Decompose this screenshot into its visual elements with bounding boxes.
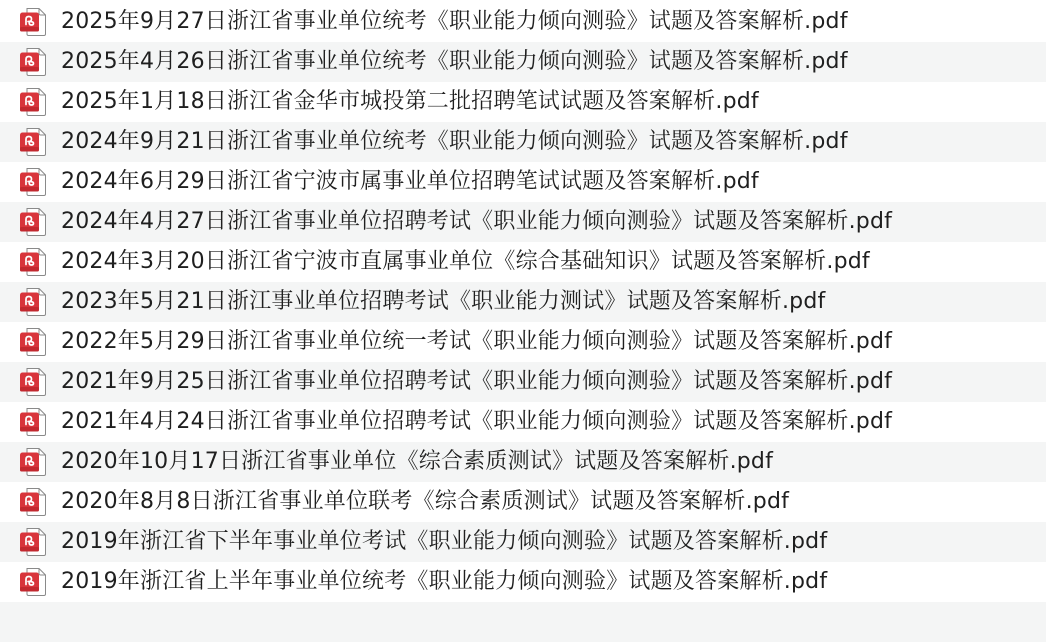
pdf-file-icon — [19, 127, 47, 157]
file-name: 2023年5月21日浙江事业单位招聘考试《职业能力测试》试题及答案解析.pdf — [61, 282, 825, 322]
file-name: 2024年4月27日浙江省事业单位招聘考试《职业能力倾向测验》试题及答案解析.p… — [61, 202, 892, 242]
pdf-file-icon — [19, 527, 47, 557]
file-name: 2021年9月25日浙江省事业单位招聘考试《职业能力倾向测验》试题及答案解析.p… — [61, 362, 892, 402]
file-row[interactable]: 2024年3月20日浙江省宁波市直属事业单位《综合基础知识》试题及答案解析.pd… — [0, 242, 1046, 282]
file-name: 2024年9月21日浙江省事业单位统考《职业能力倾向测验》试题及答案解析.pdf — [61, 122, 848, 162]
file-row[interactable]: 2025年1月18日浙江省金华市城投第二批招聘笔试试题及答案解析.pdf — [0, 82, 1046, 122]
pdf-file-icon — [19, 567, 47, 597]
pdf-file-icon — [19, 247, 47, 277]
pdf-file-icon — [19, 487, 47, 517]
pdf-file-icon — [19, 207, 47, 237]
file-name: 2021年4月24日浙江省事业单位招聘考试《职业能力倾向测验》试题及答案解析.p… — [61, 402, 892, 442]
list-trailing-band — [0, 602, 1046, 608]
file-name: 2020年10月17日浙江省事业单位《综合素质测试》试题及答案解析.pdf — [61, 442, 773, 482]
pdf-file-icon — [19, 447, 47, 477]
file-row[interactable]: 2023年5月21日浙江事业单位招聘考试《职业能力测试》试题及答案解析.pdf — [0, 282, 1046, 322]
pdf-file-icon — [19, 407, 47, 437]
file-name: 2019年浙江省上半年事业单位统考《职业能力倾向测验》试题及答案解析.pdf — [61, 562, 827, 602]
file-row[interactable]: 2019年浙江省上半年事业单位统考《职业能力倾向测验》试题及答案解析.pdf — [0, 562, 1046, 602]
file-row[interactable]: 2020年10月17日浙江省事业单位《综合素质测试》试题及答案解析.pdf — [0, 442, 1046, 482]
file-name: 2020年8月8日浙江省事业单位联考《综合素质测试》试题及答案解析.pdf — [61, 482, 789, 522]
file-row[interactable]: 2019年浙江省下半年事业单位考试《职业能力倾向测验》试题及答案解析.pdf — [0, 522, 1046, 562]
file-row[interactable]: 2024年4月27日浙江省事业单位招聘考试《职业能力倾向测验》试题及答案解析.p… — [0, 202, 1046, 242]
file-row[interactable]: 2025年9月27日浙江省事业单位统考《职业能力倾向测验》试题及答案解析.pdf — [0, 2, 1046, 42]
pdf-file-icon — [19, 47, 47, 77]
pdf-file-icon — [19, 87, 47, 117]
file-list: 2025年9月27日浙江省事业单位统考《职业能力倾向测验》试题及答案解析.pdf… — [0, 2, 1046, 608]
file-row[interactable]: 2025年4月26日浙江省事业单位统考《职业能力倾向测验》试题及答案解析.pdf — [0, 42, 1046, 82]
file-name: 2025年9月27日浙江省事业单位统考《职业能力倾向测验》试题及答案解析.pdf — [61, 2, 848, 42]
file-row[interactable]: 2021年4月24日浙江省事业单位招聘考试《职业能力倾向测验》试题及答案解析.p… — [0, 402, 1046, 442]
file-row[interactable]: 2024年6月29日浙江省宁波市属事业单位招聘笔试试题及答案解析.pdf — [0, 162, 1046, 202]
file-row[interactable]: 2020年8月8日浙江省事业单位联考《综合素质测试》试题及答案解析.pdf — [0, 482, 1046, 522]
file-name: 2019年浙江省下半年事业单位考试《职业能力倾向测验》试题及答案解析.pdf — [61, 522, 827, 562]
file-name: 2025年4月26日浙江省事业单位统考《职业能力倾向测验》试题及答案解析.pdf — [61, 42, 848, 82]
pdf-file-icon — [19, 327, 47, 357]
file-name: 2022年5月29日浙江省事业单位统一考试《职业能力倾向测验》试题及答案解析.p… — [61, 322, 892, 362]
pdf-file-icon — [19, 367, 47, 397]
pdf-file-icon — [19, 167, 47, 197]
pdf-file-icon — [19, 287, 47, 317]
file-name: 2025年1月18日浙江省金华市城投第二批招聘笔试试题及答案解析.pdf — [61, 82, 759, 122]
file-row[interactable]: 2021年9月25日浙江省事业单位招聘考试《职业能力倾向测验》试题及答案解析.p… — [0, 362, 1046, 402]
file-row[interactable]: 2022年5月29日浙江省事业单位统一考试《职业能力倾向测验》试题及答案解析.p… — [0, 322, 1046, 362]
file-name: 2024年6月29日浙江省宁波市属事业单位招聘笔试试题及答案解析.pdf — [61, 162, 759, 202]
pdf-file-icon — [19, 7, 47, 37]
file-name: 2024年3月20日浙江省宁波市直属事业单位《综合基础知识》试题及答案解析.pd… — [61, 242, 870, 282]
file-row[interactable]: 2024年9月21日浙江省事业单位统考《职业能力倾向测验》试题及答案解析.pdf — [0, 122, 1046, 162]
